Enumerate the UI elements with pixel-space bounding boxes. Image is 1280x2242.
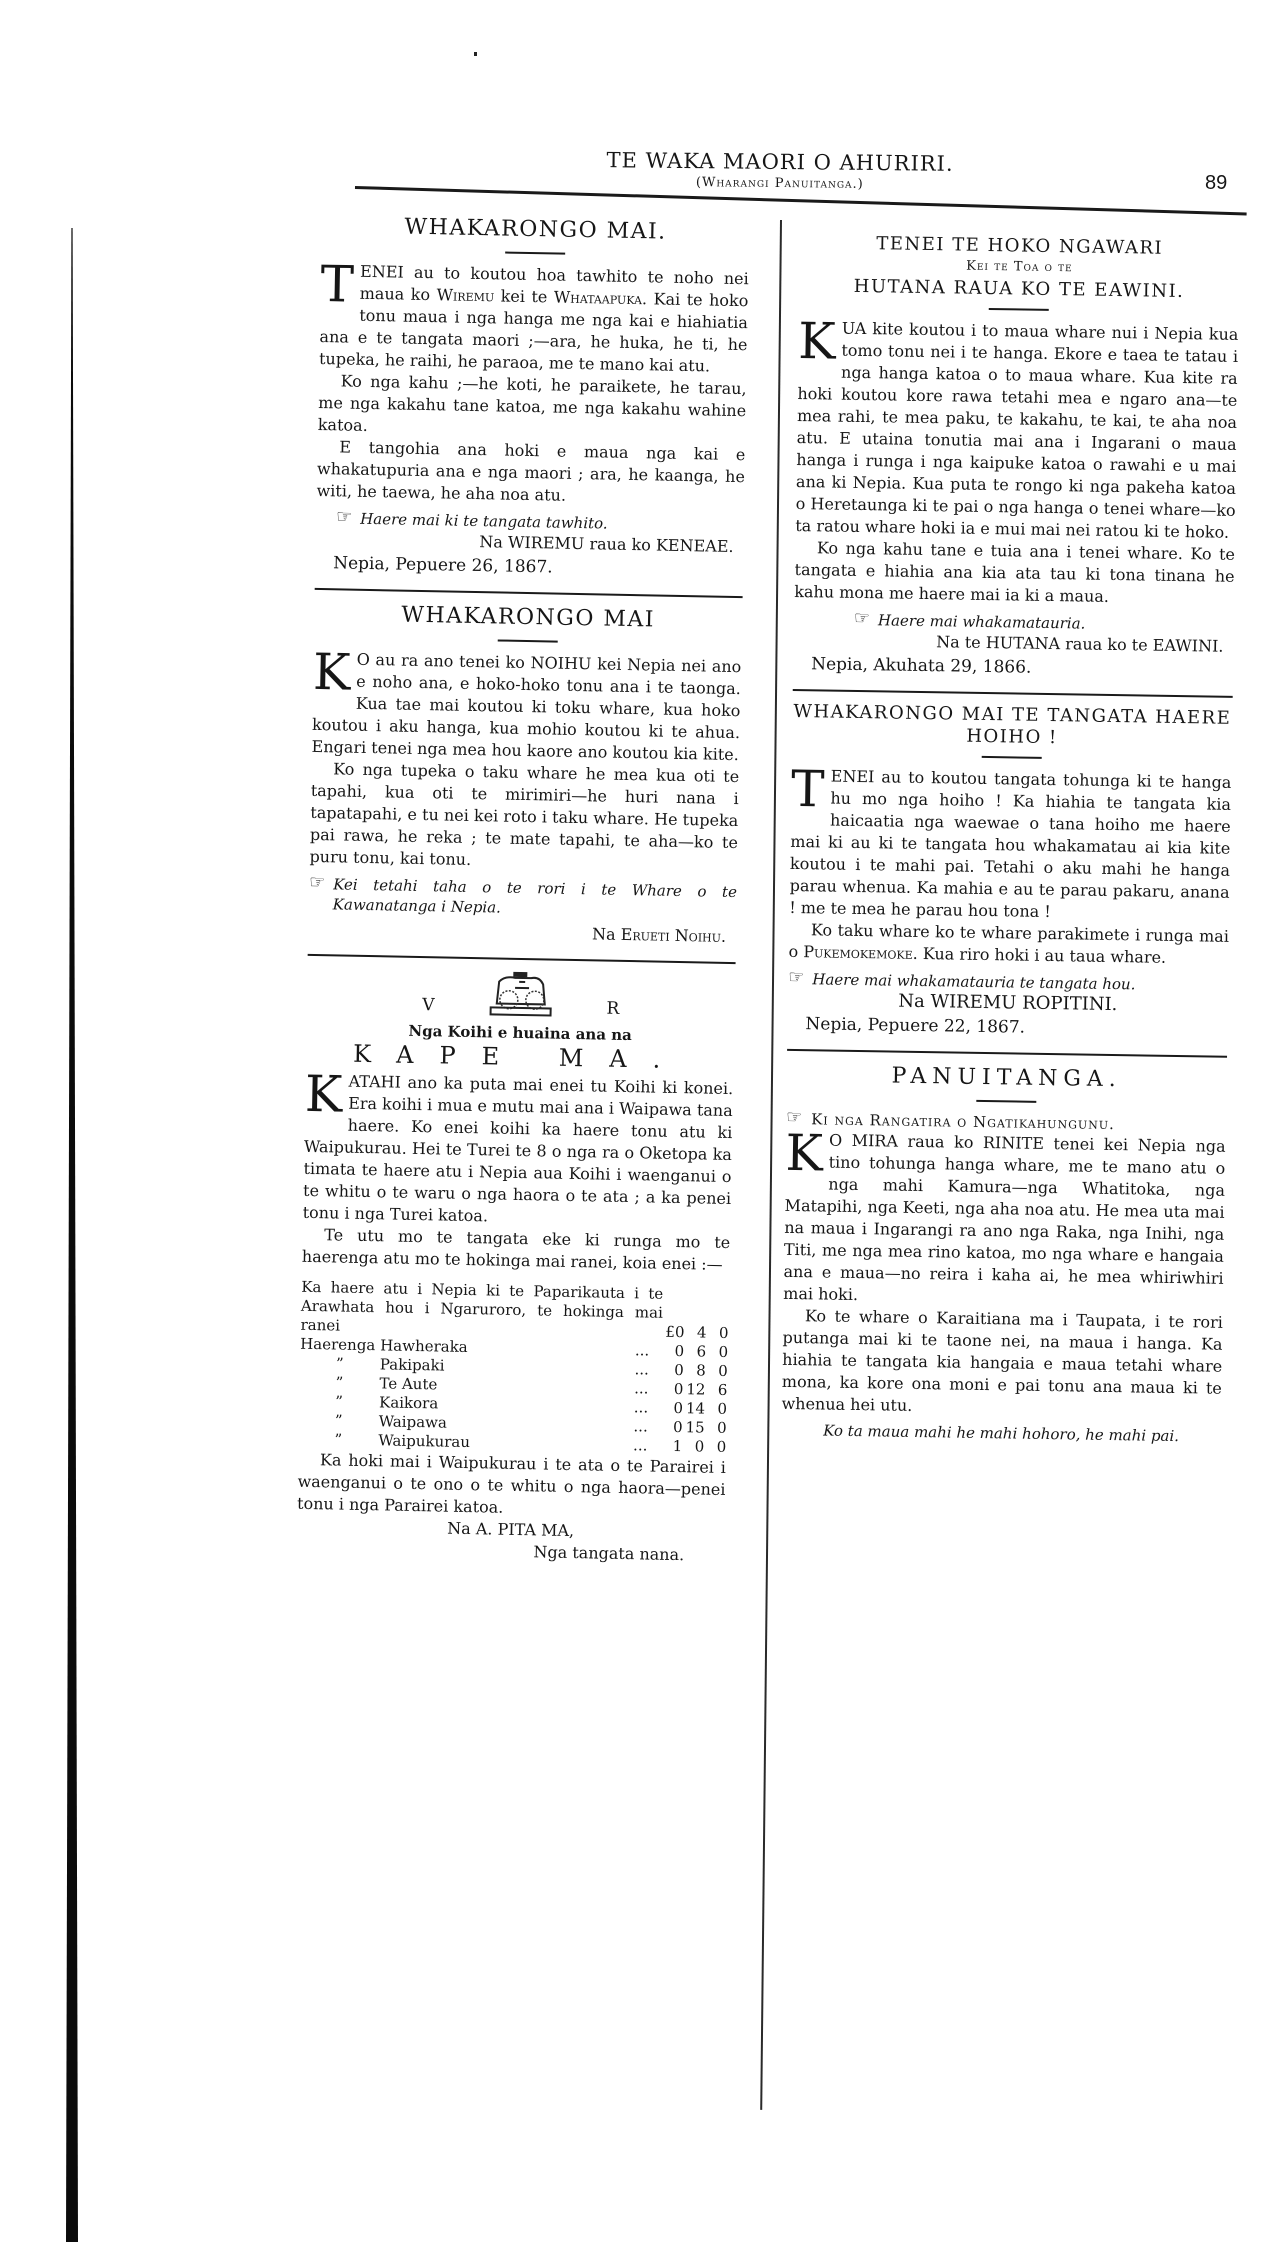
fares-row: Ka haere atu i Nepia ki te Paparikauta i… — [300, 1278, 729, 1343]
coach-emblem-row: V R — [307, 966, 736, 1022]
ad-paragraph: Te utu mo te tangata eke ki runga mo te … — [302, 1224, 731, 1276]
advertisement-coach-kapema: V R Nga Koihi e huaina ana na KAPE MA. K… — [296, 966, 735, 1567]
pointing-hand-icon: ☞ — [309, 874, 325, 892]
advertisement-ropitini-farrier: WHAKARONGO MAI TE TANGATA HAERE HOIHO ! … — [787, 701, 1232, 1042]
signature: Na Erueti Noihu. — [308, 918, 736, 948]
ad-paragraph: KO MIRA raua ko RINITE tenei kei Nepia n… — [783, 1129, 1226, 1312]
pointer-note: ☞ Kei tetahi taha o te rori i te Whare o… — [308, 874, 737, 922]
drop-cap: K — [798, 319, 836, 364]
closing-note: Ko ta maua mahi he mahi hohoro, he mahi … — [781, 1419, 1221, 1448]
page-edge-binding — [66, 228, 78, 2242]
drop-cap: T — [791, 767, 825, 812]
ad-paragraph: Ko taku whare ko te whare parakimete i r… — [788, 919, 1229, 970]
drop-cap: K — [785, 1131, 823, 1176]
pointing-hand-icon: ☞ — [336, 508, 352, 526]
page-section-subtitle: (Wharangi Panuitanga.) — [540, 173, 1020, 194]
fares-table: Ka haere atu i Nepia ki te Paparikauta i… — [298, 1278, 729, 1457]
ad-paragraph: KO au ra ano tenei ko NOIHU kei Nepia ne… — [311, 648, 741, 766]
ad-heading: PANUITANGA. — [786, 1061, 1226, 1096]
ad-paragraph: TENEI au to koutou tangata tohunga ki te… — [789, 765, 1231, 926]
dateline: Nepia, Pepuere 22, 1867. — [787, 1013, 1227, 1042]
drop-cap: K — [305, 1072, 343, 1117]
short-rule — [976, 1100, 1036, 1103]
advertisement-whakarongo-mai-wiremu: WHAKARONGO MAI. TENEI au to koutou hoa t… — [315, 212, 750, 582]
emblem-letter-v: V — [422, 994, 435, 1016]
ad-paragraph: KUA kite koutou i to maua whare nui i Ne… — [795, 317, 1238, 544]
ink-speck — [474, 52, 477, 56]
pointing-hand-icon: ☞ — [854, 610, 870, 628]
right-column: TENEI TE HOKO NGAWARI Kei te Toa o te HU… — [781, 228, 1240, 1454]
ad-paragraph: KATAHI ano ka puta mai enei tu Koihi ki … — [302, 1070, 733, 1232]
column-divider — [760, 220, 782, 2110]
section-rule — [315, 588, 743, 598]
drop-cap: K — [313, 650, 351, 695]
place-whataapuka: Whataapuka. — [554, 287, 648, 308]
ad-paragraph: Ko nga tupeka o taku whare he mea kua ot… — [309, 758, 739, 876]
dateline: Nepia, Akuhata 29, 1866. — [793, 653, 1233, 682]
ad-paragraph: Ko te whare o Karaitiana ma i Taupata, i… — [781, 1305, 1223, 1422]
short-rule — [982, 756, 1042, 759]
advertisement-whakarongo-mai-noihu: WHAKARONGO MAI KO au ra ano tenei ko NOI… — [308, 600, 742, 948]
advertisement-hutana-eawini: TENEI TE HOKO NGAWARI Kei te Toa o te HU… — [793, 232, 1240, 682]
section-rule — [308, 954, 736, 964]
left-column: WHAKARONGO MAI. TENEI au to koutou hoa t… — [296, 208, 750, 1573]
short-rule — [505, 252, 565, 255]
newspaper-title: TE WAKA MAORI O AHURIRI. — [540, 147, 1020, 176]
advertisement-panuitanga: PANUITANGA. ☞ Ki nga Rangatira o Ngatika… — [781, 1061, 1227, 1448]
short-rule — [989, 308, 1049, 311]
drop-cap: T — [320, 262, 354, 307]
name-wiremu: Wiremu — [436, 285, 494, 305]
emblem-letter-r: R — [606, 998, 619, 1020]
pointing-hand-icon: ☞ — [788, 969, 804, 987]
ad-heading-secondary: HUTANA RAUA KO TE EAWINI. — [799, 275, 1239, 304]
ad-heading: WHAKARONGO MAI TE TANGATA HAERE HOIHO ! — [792, 701, 1233, 752]
place-pukemokemoke: Pukemokemoke. — [803, 942, 918, 963]
page-number: 89 — [1205, 172, 1227, 195]
fare-first-desc: Ka haere atu i Nepia ki te Paparikauta i… — [300, 1278, 663, 1342]
ad-paragraph: Ko nga kahu ;—he koti, he paraikete, he … — [318, 370, 747, 444]
pointing-hand-icon: ☞ — [786, 1109, 803, 1127]
ad-heading: WHAKARONGO MAI. — [321, 212, 749, 248]
ad-paragraph: TENEI au to koutou hoa tawhito te noho n… — [319, 260, 749, 378]
stagecoach-icon — [484, 969, 557, 1018]
ad-paragraph: E tangohia ana hoki e maua nga kai e wha… — [316, 436, 745, 510]
section-rule — [793, 689, 1233, 698]
ad-paragraph: Ko nga kahu tane e tuia ana i tenei whar… — [794, 537, 1235, 610]
section-rule — [787, 1049, 1227, 1058]
short-rule — [498, 639, 558, 642]
masthead: TE WAKA MAORI O AHURIRI. (Wharangi Panui… — [540, 147, 1020, 194]
coach-company-name: KAPE MA. — [306, 1042, 734, 1072]
ad-heading: WHAKARONGO MAI — [314, 600, 742, 636]
ad-paragraph: Ka hoki mai i Waipukurau i te ata o te P… — [297, 1449, 726, 1523]
